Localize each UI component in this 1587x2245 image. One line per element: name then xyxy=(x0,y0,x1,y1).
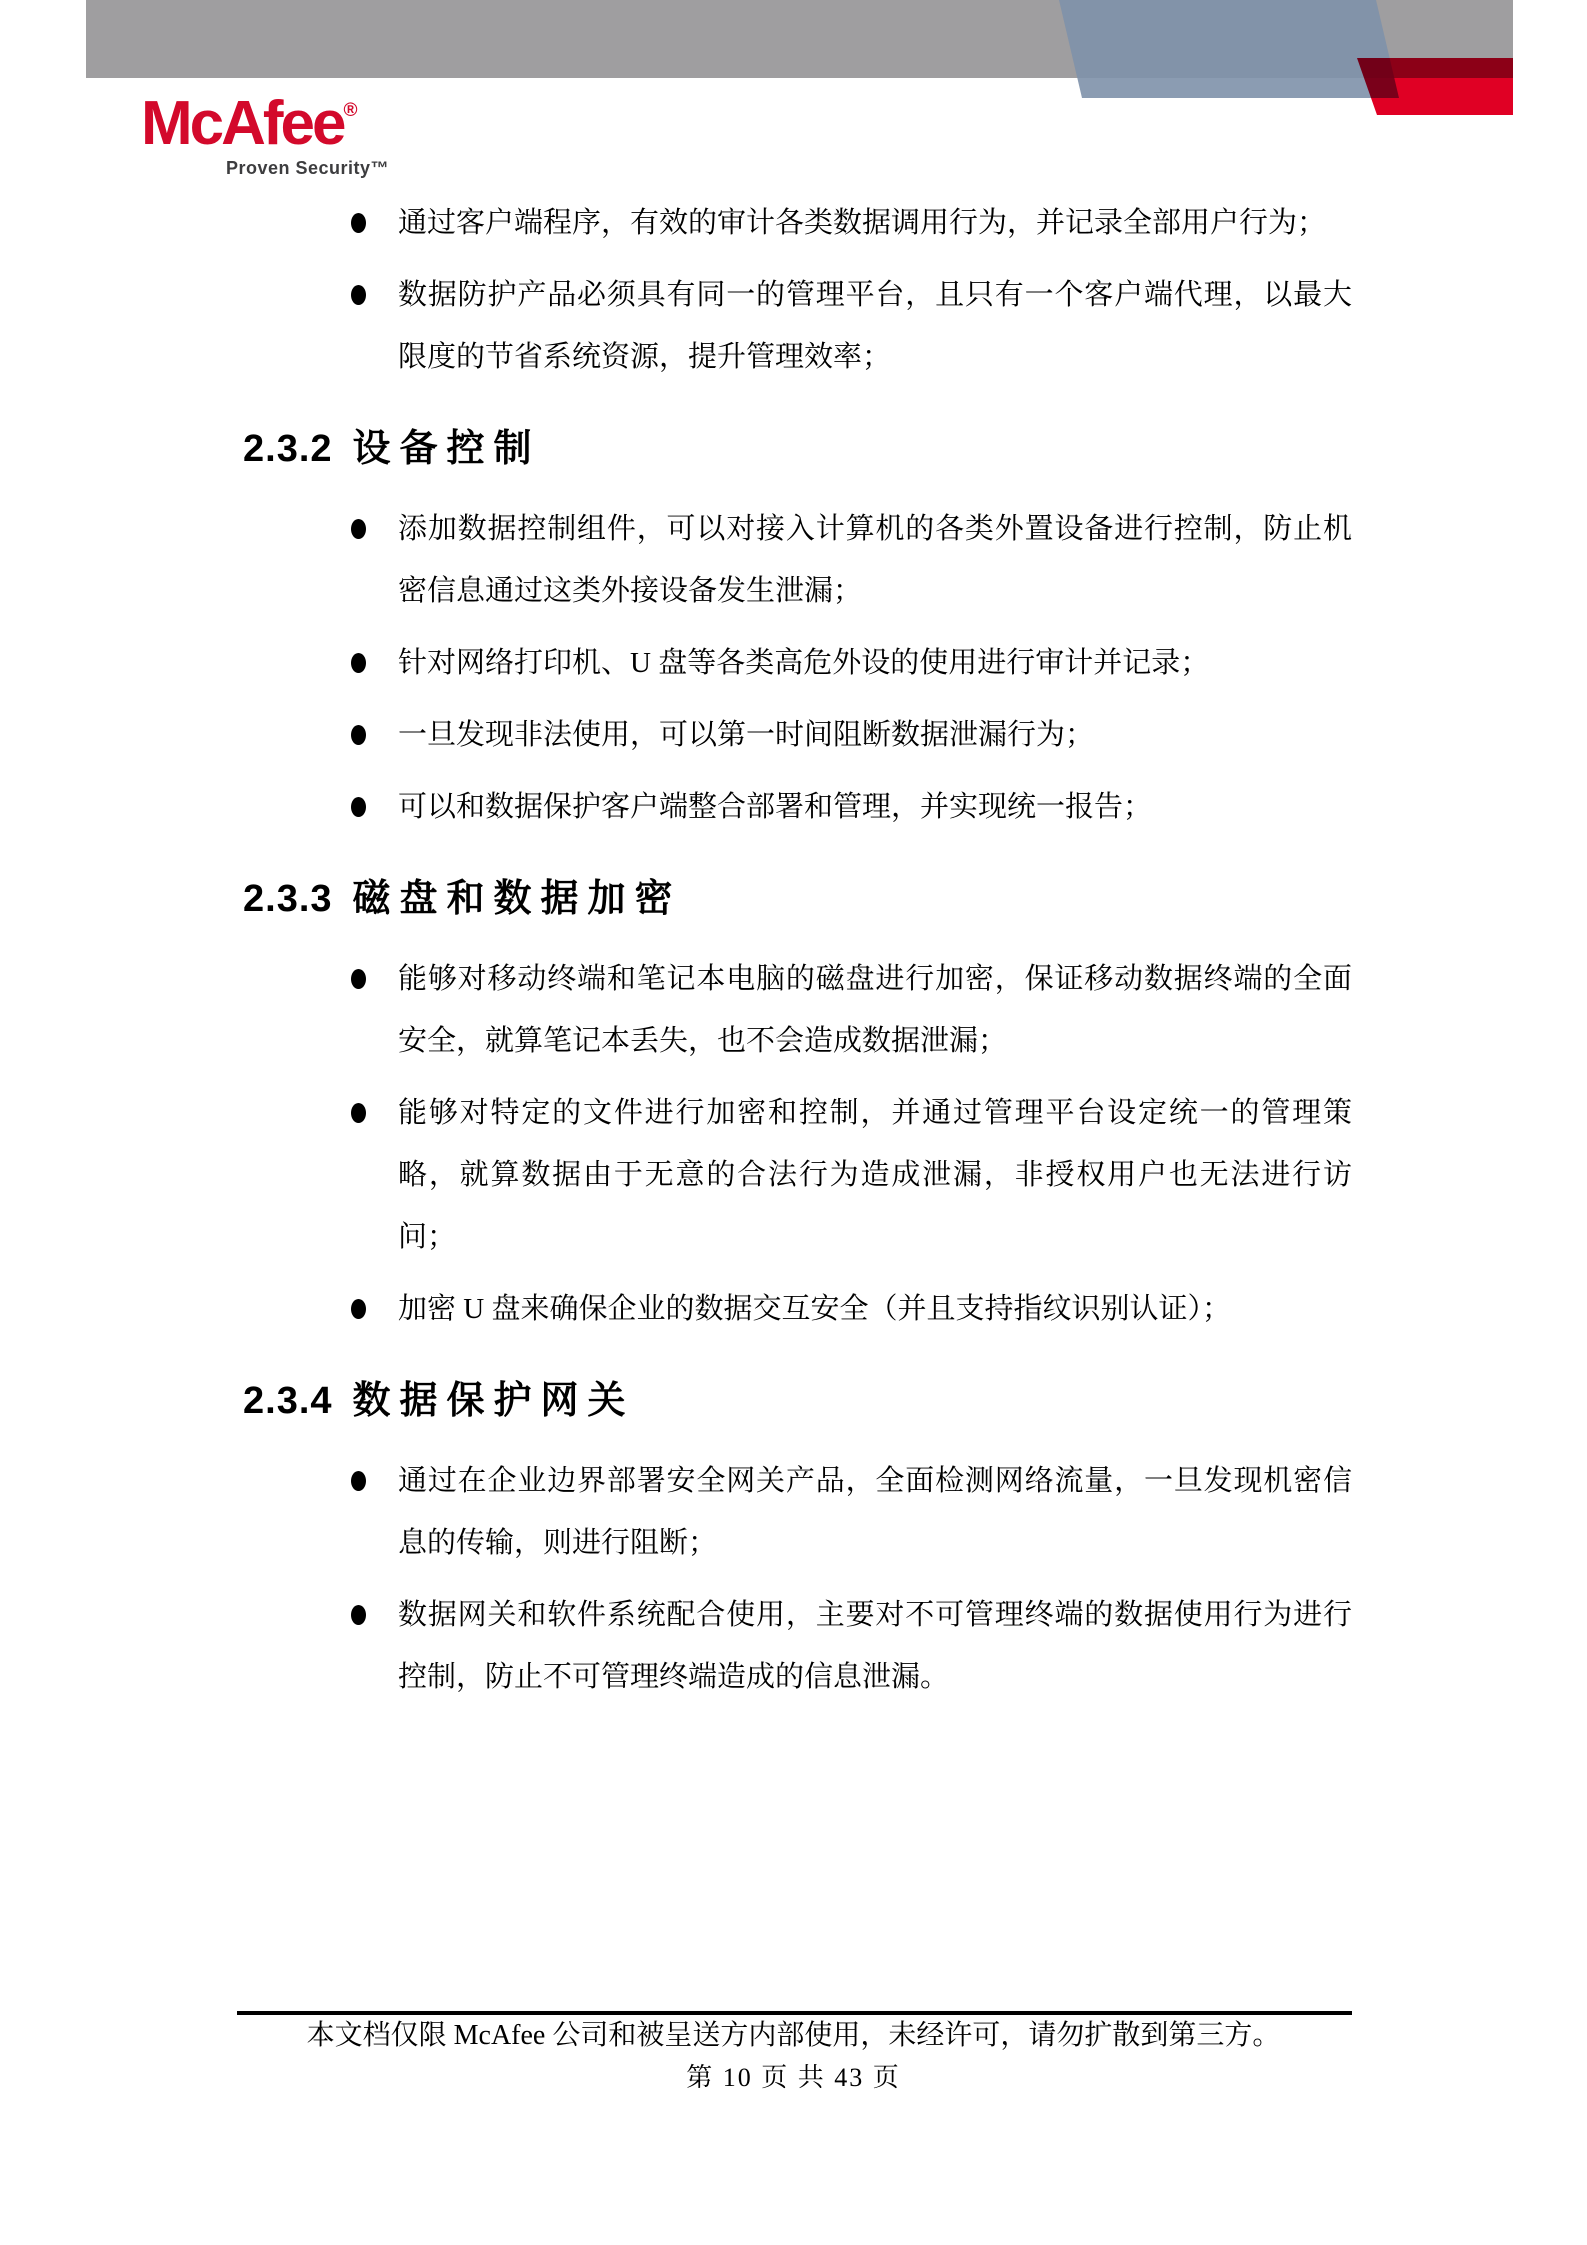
list-item: 可以和数据保护客户端整合部署和管理，并实现统一报告； xyxy=(398,776,1352,838)
section-title: 磁盘和数据加密 xyxy=(353,878,682,920)
list-item-text: 针对网络打印机、U 盘等各类高危外设的使用进行审计并记录； xyxy=(398,647,1209,679)
document-page: McAfee® Proven Security™ 通过客户端程序，有效的审计各类… xyxy=(0,0,1587,2245)
bullet-icon xyxy=(351,1299,366,1319)
section-heading-233: 2.3.3磁盘和数据加密 xyxy=(243,876,1352,922)
list-item-text: 数据防护产品必须具有同一的管理平台，且只有一个客户端代理，以最大限度的节省系统资… xyxy=(398,279,1352,373)
bullet-icon xyxy=(351,1471,366,1491)
bullet-icon xyxy=(351,213,366,233)
list-item-text: 可以和数据保护客户端整合部署和管理，并实现统一报告； xyxy=(398,791,1152,823)
bullet-icon xyxy=(351,725,366,745)
list-item-text: 添加数据控制组件，可以对接入计算机的各类外置设备进行控制，防止机密信息通过这类外… xyxy=(398,513,1352,607)
bullet-icon xyxy=(351,969,366,989)
section-title: 数据保护网关 xyxy=(353,1380,635,1422)
list-item-text: 通过在企业边界部署安全网关产品，全面检测网络流量，一旦发现机密信息的传输，则进行… xyxy=(398,1465,1352,1559)
list-item: 数据网关和软件系统配合使用，主要对不可管理终端的数据使用行为进行控制，防止不可管… xyxy=(398,1584,1352,1708)
list-item: 能够对特定的文件进行加密和控制，并通过管理平台设定统一的管理策略，就算数据由于无… xyxy=(398,1082,1352,1268)
footer-rule xyxy=(237,2011,1352,2015)
bullet-icon xyxy=(351,797,366,817)
bullet-icon xyxy=(351,1605,366,1625)
section-heading-234: 2.3.4数据保护网关 xyxy=(243,1378,1352,1424)
page-number: 第 10 页 共 43 页 xyxy=(0,2063,1587,2093)
list-item: 能够对移动终端和笔记本电脑的磁盘进行加密，保证移动数据终端的全面安全，就算笔记本… xyxy=(398,948,1352,1072)
bullet-icon xyxy=(351,653,366,673)
bullet-icon xyxy=(351,519,366,539)
bullet-icon xyxy=(351,285,366,305)
list-item: 针对网络打印机、U 盘等各类高危外设的使用进行审计并记录； xyxy=(398,632,1352,694)
list-item: 一旦发现非法使用，可以第一时间阻断数据泄漏行为； xyxy=(398,704,1352,766)
list-item-text: 能够对特定的文件进行加密和控制，并通过管理平台设定统一的管理策略，就算数据由于无… xyxy=(398,1097,1352,1253)
document-body: 通过客户端程序，有效的审计各类数据调用行为，并记录全部用户行为； 数据防护产品必… xyxy=(0,0,1587,1718)
section-number: 2.3.4 xyxy=(243,1380,333,1422)
section-number: 2.3.3 xyxy=(243,878,333,920)
list-item: 数据防护产品必须具有同一的管理平台，且只有一个客户端代理，以最大限度的节省系统资… xyxy=(398,264,1352,388)
list-item: 通过客户端程序，有效的审计各类数据调用行为，并记录全部用户行为； xyxy=(398,192,1352,254)
list-item: 加密 U 盘来确保企业的数据交互安全（并且支持指纹识别认证）； xyxy=(398,1278,1352,1340)
list-item-text: 能够对移动终端和笔记本电脑的磁盘进行加密，保证移动数据终端的全面安全，就算笔记本… xyxy=(398,963,1352,1057)
footer-confidentiality-notice: 本文档仅限 McAfee 公司和被呈送方内部使用，未经许可，请勿扩散到第三方。 xyxy=(0,2020,1587,2052)
section-heading-232: 2.3.2设备控制 xyxy=(243,426,1352,472)
bullet-icon xyxy=(351,1103,366,1123)
list-item-text: 加密 U 盘来确保企业的数据交互安全（并且支持指纹识别认证）； xyxy=(398,1293,1231,1325)
list-item: 添加数据控制组件，可以对接入计算机的各类外置设备进行控制，防止机密信息通过这类外… xyxy=(398,498,1352,622)
list-item-text: 数据网关和软件系统配合使用，主要对不可管理终端的数据使用行为进行控制，防止不可管… xyxy=(398,1599,1352,1693)
list-item-text: 通过客户端程序，有效的审计各类数据调用行为，并记录全部用户行为； xyxy=(398,207,1326,239)
section-number: 2.3.2 xyxy=(243,428,333,470)
list-item: 通过在企业边界部署安全网关产品，全面检测网络流量，一旦发现机密信息的传输，则进行… xyxy=(398,1450,1352,1574)
list-item-text: 一旦发现非法使用，可以第一时间阻断数据泄漏行为； xyxy=(398,719,1094,751)
section-title: 设备控制 xyxy=(353,428,541,470)
